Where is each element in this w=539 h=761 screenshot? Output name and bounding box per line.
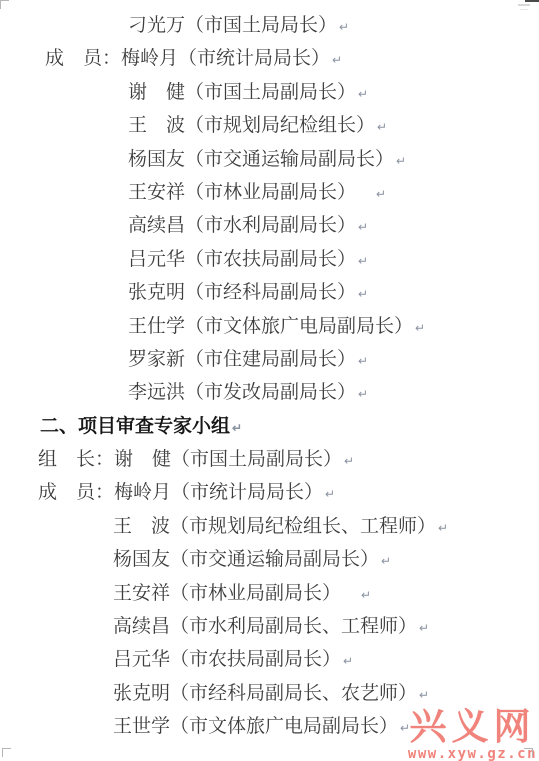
paragraph-mark-icon: ↵ xyxy=(232,421,242,435)
paragraph-mark-icon: ↵ xyxy=(358,254,368,268)
paragraph-mark-icon: ↵ xyxy=(358,387,368,401)
paragraph-mark-icon: ↵ xyxy=(358,220,368,234)
screenshot-edge-artifact xyxy=(520,9,528,10)
paragraph-mark-icon: ↵ xyxy=(377,120,387,134)
paragraph-mark-icon: ↵ xyxy=(419,621,429,635)
roster-line: 王仕学（市文体旅广电局副局长）↵ xyxy=(0,310,539,343)
roster-line: 成 员：梅岭月（市统计局局长）↵ xyxy=(0,42,539,75)
line-text: 杨国友（市交通运输局副局长） xyxy=(128,149,394,170)
roster-line: 杨国友（市交通运输局副局长）↵ xyxy=(0,543,539,576)
roster-line: 成 员：梅岭月（市统计局局长）↵ xyxy=(0,476,539,509)
paragraph-mark-icon: ↵ xyxy=(419,688,429,702)
document-body: 刁光万（市国土局局长）↵ 成 员：梅岭月（市统计局局长）↵ 谢 健（市国土局副局… xyxy=(0,0,539,761)
roster-line: 吕元华（市农扶局副局长）↵ xyxy=(0,243,539,276)
paragraph-mark-icon: ↵ xyxy=(358,87,368,101)
line-text: 组 长：谢 健（市国土局副局长） xyxy=(38,449,342,470)
site-watermark-url: www.xyw.gz.cn xyxy=(408,747,537,761)
line-text: 王安祥（市林业局副局长） xyxy=(113,583,341,604)
roster-line: 杨国友（市交通运输局副局长）↵ xyxy=(0,143,539,176)
paragraph-mark-icon: ↵ xyxy=(396,154,406,168)
paragraph-mark-icon: ↵ xyxy=(438,521,448,535)
line-text: 刁光万（市国土局局长） xyxy=(128,15,337,36)
paragraph-mark-icon: ↵ xyxy=(339,20,349,34)
site-watermark: 兴义网 www.xyw.gz.cn xyxy=(408,708,537,761)
paragraph-mark-icon: ↵ xyxy=(325,487,335,501)
roster-line: 高续昌（市水利局副局长、工程师）↵ xyxy=(0,610,539,643)
roster-line: 王 波（市规划局纪检组长）↵ xyxy=(0,109,539,142)
page-corner-mark xyxy=(524,748,533,757)
paragraph-mark-icon: ↵ xyxy=(358,287,368,301)
line-text: 王 波（市规划局纪检组长、工程师） xyxy=(113,516,436,537)
roster-line: 吕元华（市农扶局副局长）↵ xyxy=(0,643,539,676)
roster-line: 李远洪（市发改局副局长）↵ xyxy=(0,376,539,409)
roster-line: 高续昌（市水利局副局长）↵ xyxy=(0,209,539,242)
page-corner-mark xyxy=(2,748,11,757)
roster-line: 谢 健（市国土局副局长）↵ xyxy=(0,76,539,109)
paragraph-mark-icon: ↵ xyxy=(344,454,354,468)
page-corner-mark xyxy=(0,0,9,9)
line-text: 高续昌（市水利局副局长） xyxy=(128,215,356,236)
line-text: 王仕学（市文体旅广电局副局长） xyxy=(128,316,413,337)
line-text: 吕元华（市农扶局副局长） xyxy=(113,649,341,670)
roster-line: 王 波（市规划局纪检组长、工程师）↵ xyxy=(0,510,539,543)
site-watermark-logo: 兴义网 xyxy=(408,708,537,745)
line-text: 吕元华（市农扶局副局长） xyxy=(128,249,356,270)
line-text: 王 波（市规划局纪检组长） xyxy=(128,115,375,136)
line-text: 成 员：梅岭月（市统计局局长） xyxy=(45,48,330,69)
paragraph-mark-icon: ↵ xyxy=(358,354,368,368)
section-heading: 二、项目审查专家小组↵ xyxy=(0,410,539,443)
roster-line: 王安祥（市林业局副局长）↵ xyxy=(0,176,539,209)
screenshot-edge-artifact xyxy=(525,0,539,2)
roster-line: 组 长：谢 健（市国土局副局长）↵ xyxy=(0,443,539,476)
line-text: 高续昌（市水利局副局长、工程师） xyxy=(113,616,417,637)
line-text: 李远洪（市发改局副局长） xyxy=(128,382,356,403)
line-text: 王安祥（市林业局副局长） xyxy=(128,182,356,203)
paragraph-mark-icon: ↵ xyxy=(381,554,391,568)
roster-line: 王安祥（市林业局副局长）↵ xyxy=(0,577,539,610)
line-text: 张克明（市经科局副局长） xyxy=(128,282,356,303)
screenshot-edge-artifact xyxy=(518,4,530,6)
line-text: 谢 健（市国土局副局长） xyxy=(128,82,356,103)
line-text: 张克明（市经科局副局长、农艺师） xyxy=(113,683,417,704)
line-text: 罗家新（市住建局副局长） xyxy=(128,349,356,370)
roster-line: 罗家新（市住建局副局长）↵ xyxy=(0,343,539,376)
roster-line: 刁光万（市国土局局长）↵ xyxy=(0,9,539,42)
paragraph-mark-icon: ↵ xyxy=(415,321,425,335)
paragraph-mark-icon: ↵ xyxy=(361,588,371,602)
section-heading-text: 二、项目审查专家小组 xyxy=(40,416,230,437)
paragraph-mark-icon: ↵ xyxy=(332,53,342,67)
line-text: 王世学（市文体旅广电局副局长） xyxy=(113,716,398,737)
paragraph-mark-icon: ↵ xyxy=(376,187,386,201)
paragraph-mark-icon: ↵ xyxy=(343,654,353,668)
line-text: 成 员：梅岭月（市统计局局长） xyxy=(38,482,323,503)
line-text: 杨国友（市交通运输局副局长） xyxy=(113,549,379,570)
roster-line: 张克明（市经科局副局长）↵ xyxy=(0,276,539,309)
